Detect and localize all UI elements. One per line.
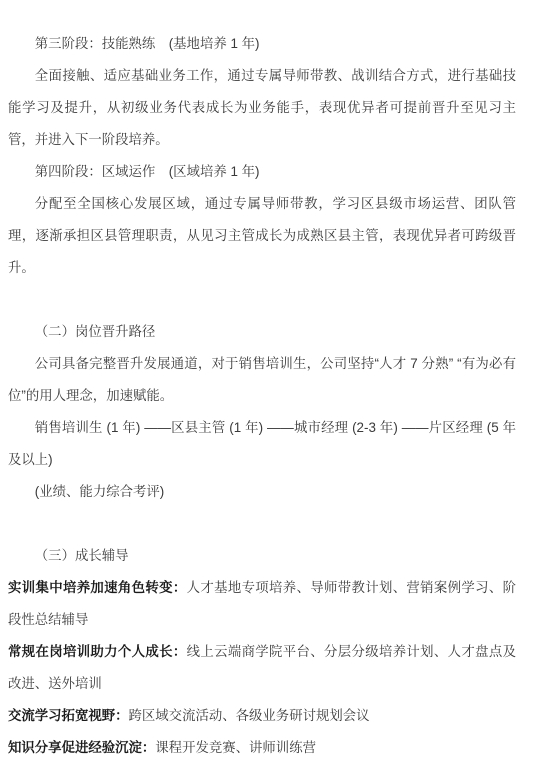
paragraph: 销售培训生 (1 年) ——区县主管 (1 年) ——城市经理 (2-3 年) …	[8, 412, 516, 476]
bold-lead-paragraph: 交流学习拓宽视野：跨区域交流活动、各级业务研讨规划会议	[8, 700, 516, 732]
paragraph-lead-label: 知识分享促进经验沉淀：	[8, 740, 155, 755]
paragraph: 分配至全国核心发展区域，通过专属导师带教，学习区县级市场运营、团队管理，逐渐承担…	[8, 188, 516, 284]
paragraph-lead-label: 常规在岗培训助力个人成长：	[8, 644, 187, 659]
paragraph: （三）成长辅导	[8, 540, 516, 572]
document-page: 第三阶段：技能熟练 (基地培养 1 年)全面接触、适应基础业务工作，通过专属导师…	[0, 0, 534, 771]
paragraph: 第四阶段：区域运作 (区域培养 1 年)	[8, 156, 516, 188]
paragraph: 公司具备完整晋升发展通道，对于销售培训生，公司坚持“人才 7 分熟” “有为必有…	[8, 348, 516, 412]
paragraph-text: 课程开发竞赛、讲师训练营	[155, 740, 316, 755]
bold-lead-paragraph: 常规在岗培训助力个人成长：线上云端商学院平台、分层分级培养计划、人才盘点及改进、…	[8, 636, 516, 700]
paragraph: 第三阶段：技能熟练 (基地培养 1 年)	[8, 28, 516, 60]
paragraph-lead-label: 交流学习拓宽视野：	[8, 708, 129, 723]
paragraph: (业绩、能力综合考评)	[8, 476, 516, 508]
blank-line	[8, 508, 516, 540]
bold-lead-paragraph: 知识分享促进经验沉淀：课程开发竞赛、讲师训练营	[8, 732, 516, 764]
bold-lead-paragraph: 实训集中培养加速角色转变：人才基地专项培养、导师带教计划、营销案例学习、阶段性总…	[8, 572, 516, 636]
paragraph-text: 跨区域交流活动、各级业务研讨规划会议	[129, 708, 370, 723]
document-body: 第三阶段：技能熟练 (基地培养 1 年)全面接触、适应基础业务工作，通过专属导师…	[0, 0, 534, 764]
blank-line	[8, 284, 516, 316]
paragraph-lead-label: 实训集中培养加速角色转变：	[8, 580, 187, 595]
paragraph: （二）岗位晋升路径	[8, 316, 516, 348]
paragraph: 全面接触、适应基础业务工作，通过专属导师带教、战训结合方式，进行基础技能学习及提…	[8, 60, 516, 156]
